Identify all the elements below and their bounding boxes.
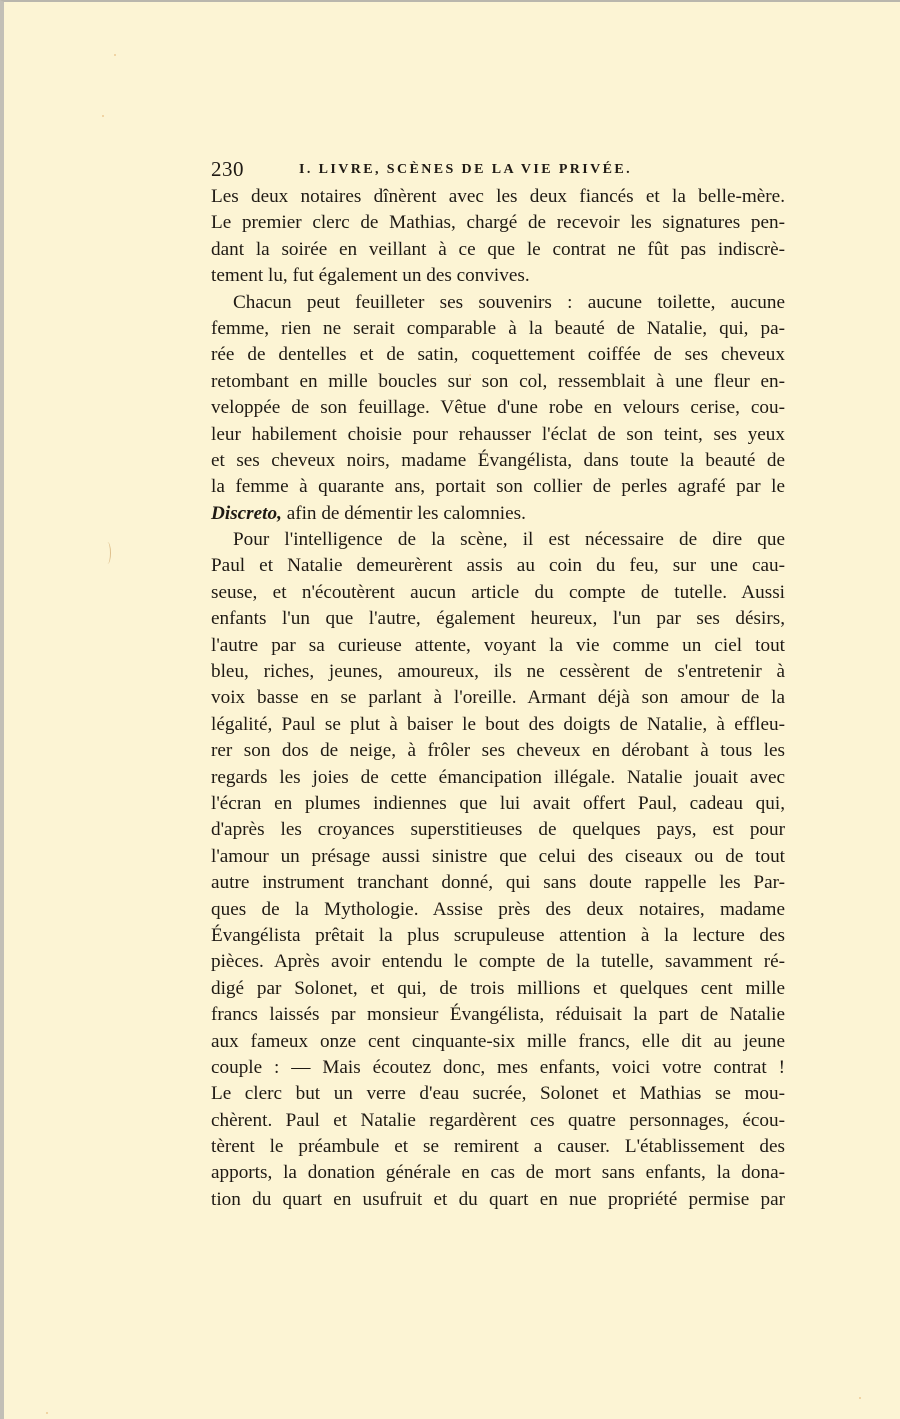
text-line: Chacun peut feuilleter ses souvenirs : a… xyxy=(211,290,785,316)
text-line: tement lu, fut également un des convives… xyxy=(211,263,785,289)
text-line: Les deux notaires dînèrent avec les deux… xyxy=(211,184,785,210)
text-line: regards les joies de cette émancipation … xyxy=(211,765,785,791)
paper-speck xyxy=(102,115,104,117)
text-line: autre instrument tranchant donné, qui sa… xyxy=(211,870,785,896)
running-title: I. LIVRE, SCÈNES DE LA VIE PRIVÉE. xyxy=(299,155,632,185)
text-line: ques de la Mythologie. Assise près des d… xyxy=(211,897,785,923)
text-line: l'amour un présage aussi sinistre que ce… xyxy=(211,844,785,870)
text-line: tion du quart en usufruit et du quart en… xyxy=(211,1187,785,1213)
paper-speck xyxy=(114,54,116,56)
text-line: digé par Solonet, et qui, de trois milli… xyxy=(211,976,785,1002)
text-line: Pour l'intelligence de la scène, il est … xyxy=(211,527,785,553)
paper-speck xyxy=(46,1412,48,1414)
paper-speck xyxy=(859,1397,861,1399)
text-line: pièces. Après avoir entendu le compte de… xyxy=(211,949,785,975)
page-number: 230 xyxy=(211,154,244,184)
text-line: couple : — Mais écoutez donc, mes enfant… xyxy=(211,1055,785,1081)
text-line: Évangélista prêtait la plus scrupuleuse … xyxy=(211,923,785,949)
book-page: 230 I. LIVRE, SCÈNES DE LA VIE PRIVÉE. L… xyxy=(0,0,900,1419)
text-line: veloppée de son feuillage. Vêtue d'une r… xyxy=(211,395,785,421)
text-line: Le premier clerc de Mathias, chargé de r… xyxy=(211,210,785,236)
text-line: voix basse en se parlant à l'oreille. Ar… xyxy=(211,685,785,711)
margin-pencil-mark xyxy=(104,542,111,564)
text-line: rer son dos de neige, à frôler ses cheve… xyxy=(211,738,785,764)
text-line: Discreto, afin de démentir les calomnies… xyxy=(211,501,785,527)
text-line: leur habilement choisie pour rehausser l… xyxy=(211,422,785,448)
text-line: et ses cheveux noirs, madame Évangélista… xyxy=(211,448,785,474)
text-line: retombant en mille boucles sur son col, … xyxy=(211,369,785,395)
text-line: l'autre par sa curieuse attente, voyant … xyxy=(211,633,785,659)
paragraph-2: Chacun peut feuilleter ses souvenirs : a… xyxy=(211,290,785,528)
text-line: l'écran en plumes indiennes que lui avai… xyxy=(211,791,785,817)
text-line: francs laissés par monsieur Évangélista,… xyxy=(211,1002,785,1028)
paragraph-1: Les deux notaires dînèrent avec les deux… xyxy=(211,184,785,290)
text-line: Paul et Natalie demeurèrent assis au coi… xyxy=(211,553,785,579)
text-fragment: afin de démentir les calomnies. xyxy=(282,503,526,524)
text-line: dant la soirée en veillant à ce que le c… xyxy=(211,237,785,263)
text-line: apports, la donation générale en cas de … xyxy=(211,1160,785,1186)
text-line: Le clerc but un verre d'eau sucrée, Solo… xyxy=(211,1081,785,1107)
text-line: la femme à quarante ans, portait son col… xyxy=(211,474,785,500)
text-block: 230 I. LIVRE, SCÈNES DE LA VIE PRIVÉE. L… xyxy=(211,154,785,1213)
text-line: femme, rien ne serait comparable à la be… xyxy=(211,316,785,342)
text-line: seuse, et n'écoutèrent aucun article du … xyxy=(211,580,785,606)
text-line: rée de dentelles et de satin, coquetteme… xyxy=(211,342,785,368)
text-line: bleu, riches, jeunes, amoureux, ils ne c… xyxy=(211,659,785,685)
text-line: d'après les croyances superstitieuses de… xyxy=(211,817,785,843)
text-line: aux fameux onze cent cinquante-six mille… xyxy=(211,1029,785,1055)
running-header: 230 I. LIVRE, SCÈNES DE LA VIE PRIVÉE. xyxy=(211,154,785,184)
text-line: tèrent le préambule et se remirent a cau… xyxy=(211,1134,785,1160)
italic-word: Discreto, xyxy=(211,503,282,524)
text-line: chèrent. Paul et Natalie regardèrent ces… xyxy=(211,1108,785,1134)
text-line: enfants l'un que l'autre, également heur… xyxy=(211,606,785,632)
text-line: légalité, Paul se plut à baiser le bout … xyxy=(211,712,785,738)
paragraph-3: Pour l'intelligence de la scène, il est … xyxy=(211,527,785,1213)
